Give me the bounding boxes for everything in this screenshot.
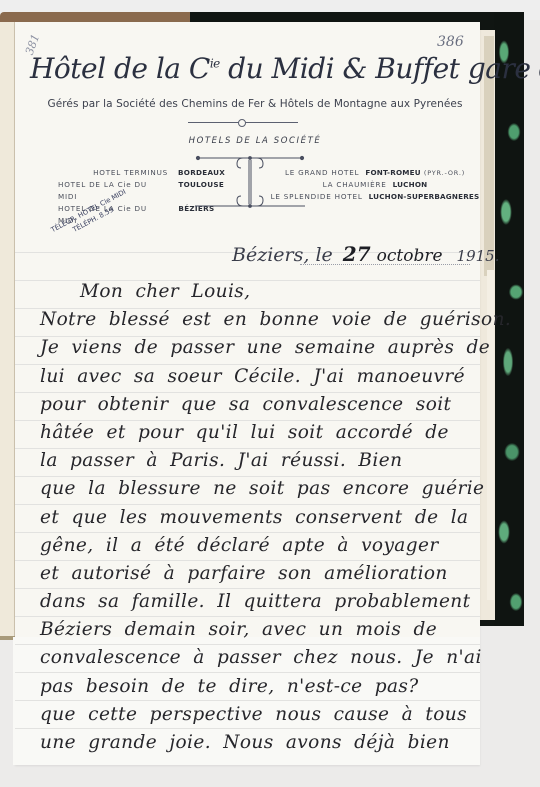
folio-number-right: 386 — [437, 34, 464, 50]
letter-line: gêne, il a été déclaré apte à voyager — [40, 532, 480, 560]
hotel-entry: LA CHAUMIÈRELUCHON — [270, 179, 480, 191]
dateline-year: 1915. — [457, 247, 500, 265]
letter-line: pour obtenir que sa convalescence soit — [40, 391, 480, 419]
letterhead-subtitle: Gérés par la Société des Chemins de Fer … — [30, 98, 480, 110]
letter-line: la passer à Paris. J'ai réussi. Bien — [40, 447, 480, 475]
letter-line: lui avec sa soeur Cécile. J'ai manoeuvré — [40, 363, 480, 391]
dateline-day: 27 — [343, 242, 371, 266]
letter-body: Mon cher Louis, Notre blessé est en bonn… — [40, 278, 480, 757]
hotel-entry: LE SPLENDIDE HOTELLUCHON-SUPERBAGNERES — [270, 191, 480, 203]
letter-line: Je viens de passer une semaine auprès de — [40, 334, 480, 362]
letter-line: que la blessure ne soit pas encore guéri… — [40, 475, 480, 503]
dateline-place: Béziers, le — [232, 244, 333, 266]
letter-line: hâtée et pour qu'il lui soit accordé de — [40, 419, 480, 447]
letter-line: Béziers demain soir, avec un mois de — [40, 616, 480, 644]
ornamental-divider — [188, 122, 298, 123]
societe-heading: HOTELS DE LA SOCIÉTÉ — [30, 136, 480, 146]
dateline: Béziers, le27octobre1915. — [232, 242, 499, 266]
letter-line: dans sa famille. Il quittera probablemen… — [40, 588, 480, 616]
dateline-month: octobre — [377, 246, 443, 266]
salutation: Mon cher Louis, — [40, 278, 480, 306]
letter-line: convalescence à passer chez nous. Je n'a… — [40, 644, 480, 672]
letter-line: et que les mouvements conservent de la — [40, 504, 480, 532]
letter-line: Notre blessé est en bonne voie de guéris… — [40, 306, 480, 334]
letter-line: une grande joie. Nous avons déjà bien — [40, 729, 480, 757]
hotel-entry: LE GRAND HOTELFONT-ROMEU (PYR.-OR.) — [270, 167, 480, 179]
letterhead-title: Hôtel de la Cie du Midi & Buffet gare de… — [30, 52, 480, 85]
letter-line: pas besoin de te dire, n'est-ce pas? — [40, 673, 480, 701]
hotels-list-right: LE GRAND HOTELFONT-ROMEU (PYR.-OR.) LA C… — [270, 167, 480, 203]
letter-line: et autorisé à parfaire son amélioration — [40, 560, 480, 588]
letter-line: que cette perspective nous cause à tous — [40, 701, 480, 729]
